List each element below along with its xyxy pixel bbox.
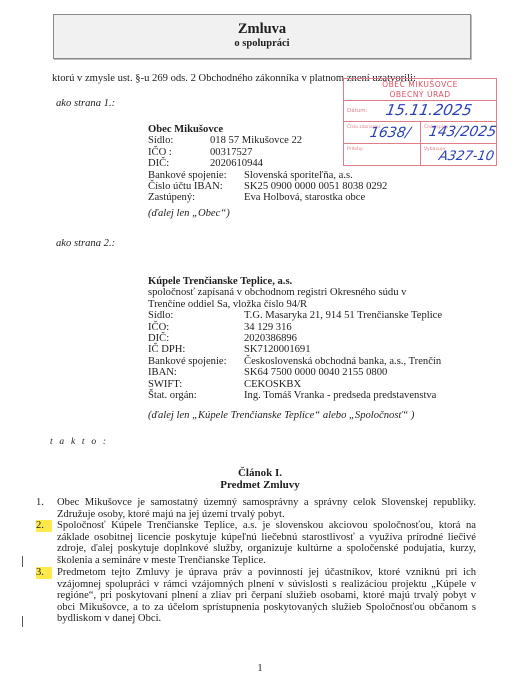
party1-field: Číslo účtu IBAN:SK25 0900 0000 0051 8038… [148, 181, 387, 192]
party1-field: IČO :00317527 [148, 147, 387, 158]
stamp-line1: OBEC MIKUŠOVCE [344, 80, 496, 89]
stamp-date-value: 15.11.2025 [384, 101, 473, 119]
article-item-1: 1. Obec Mikušovce je samostatný územný s… [36, 497, 476, 520]
page-number: 1 [0, 663, 520, 674]
party2-block: Kúpele Trenčianske Teplice, a.s. spoločn… [148, 276, 442, 422]
party2-field: IČ DPH:SK7120001691 [148, 344, 442, 355]
party1-field: DIČ:2020610944 [148, 158, 387, 169]
item-text: Spoločnosť Kúpele Trenčianske Teplice, a… [57, 520, 476, 566]
stamp-date-label: Dátum: [347, 108, 367, 114]
party2-field: DIČ:2020386896 [148, 333, 442, 344]
article-item-3: 3. Predmetom tejto Zmluvy je úprava práv… [36, 567, 476, 625]
stamp-handler-cell: Vybavuje: A327-10 [420, 144, 497, 166]
party2-field: IBAN:SK64 7500 0000 0040 2155 0800 [148, 367, 442, 378]
item-text: Obec Mikušovce je samostatný územný samo… [57, 497, 476, 520]
party2-label: ako strana 2.: [56, 238, 115, 250]
party2-field: Štat. orgán:Ing. Tomáš Vranka - predseda… [148, 390, 442, 401]
party2-name: Kúpele Trenčianske Teplice, a.s. [148, 276, 442, 287]
party2-field: SWIFT:CEKOSKBX [148, 379, 442, 390]
party2-alias: (ďalej len „Kúpele Trenčianske Teplice“ … [148, 410, 442, 421]
party1-field: Sídlo:018 57 Mikušovce 22 [148, 135, 387, 146]
stamp-handler-value: A327-10 [438, 149, 496, 164]
party2-field: IČO:34 129 316 [148, 322, 442, 333]
party1-block: Obec Mikušovce Sídlo:018 57 Mikušovce 22… [148, 124, 387, 219]
article-item-2: 2. Spoločnosť Kúpele Trenčianske Teplice… [36, 520, 476, 566]
stamp-line2: OBECNÝ ÚRAD [344, 90, 496, 99]
item-number: 1. [36, 497, 52, 509]
stamp-file-cell: Číslo spisu: 143/2025 [420, 122, 497, 144]
article-title: Predmet Zmluvy [0, 480, 520, 492]
item-number-highlighted: 2. [36, 520, 52, 532]
party1-name: Obec Mikušovce [148, 124, 387, 135]
document-subtitle: o spolupráci [54, 37, 470, 50]
party2-registry-line1: spoločnosť zapísaná v obchodnom registri… [148, 287, 442, 298]
party2-registry-line2: Trenčíne oddiel Sa, vložka číslo 94/R [148, 299, 442, 310]
party2-field: Bankové spojenie:Československá obchodná… [148, 356, 442, 367]
party1-field: Bankové spojenie:Slovenská sporiteľňa, a… [148, 170, 387, 181]
party1-field: Zastúpený:Eva Holbová, starostka obce [148, 192, 387, 203]
party1-alias: (ďalej len „Obec“) [148, 208, 387, 219]
party2-field: Sídlo:T.G. Masaryka 21, 914 51 Trenčians… [148, 310, 442, 321]
item-number-highlighted: 3. [36, 567, 52, 579]
stamp-date-row: Dátum: 15.11.2025 [344, 100, 496, 122]
contract-page: Zmluva o spolupráci ktorú v zmysle ust. … [0, 0, 520, 680]
stamp-file-value: 143/2025 [428, 124, 498, 140]
article-number: Článok I. [0, 468, 520, 480]
party1-label: ako strana 1.: [56, 98, 115, 110]
document-title: Zmluva [54, 21, 470, 37]
revision-margin-mark [22, 616, 23, 627]
item-text: Predmetom tejto Zmluvy je úprava práv a … [57, 567, 476, 625]
revision-margin-mark [22, 556, 23, 567]
takto-label: t a k t o : [50, 437, 108, 449]
document-header-box: Zmluva o spolupráci [53, 14, 471, 59]
